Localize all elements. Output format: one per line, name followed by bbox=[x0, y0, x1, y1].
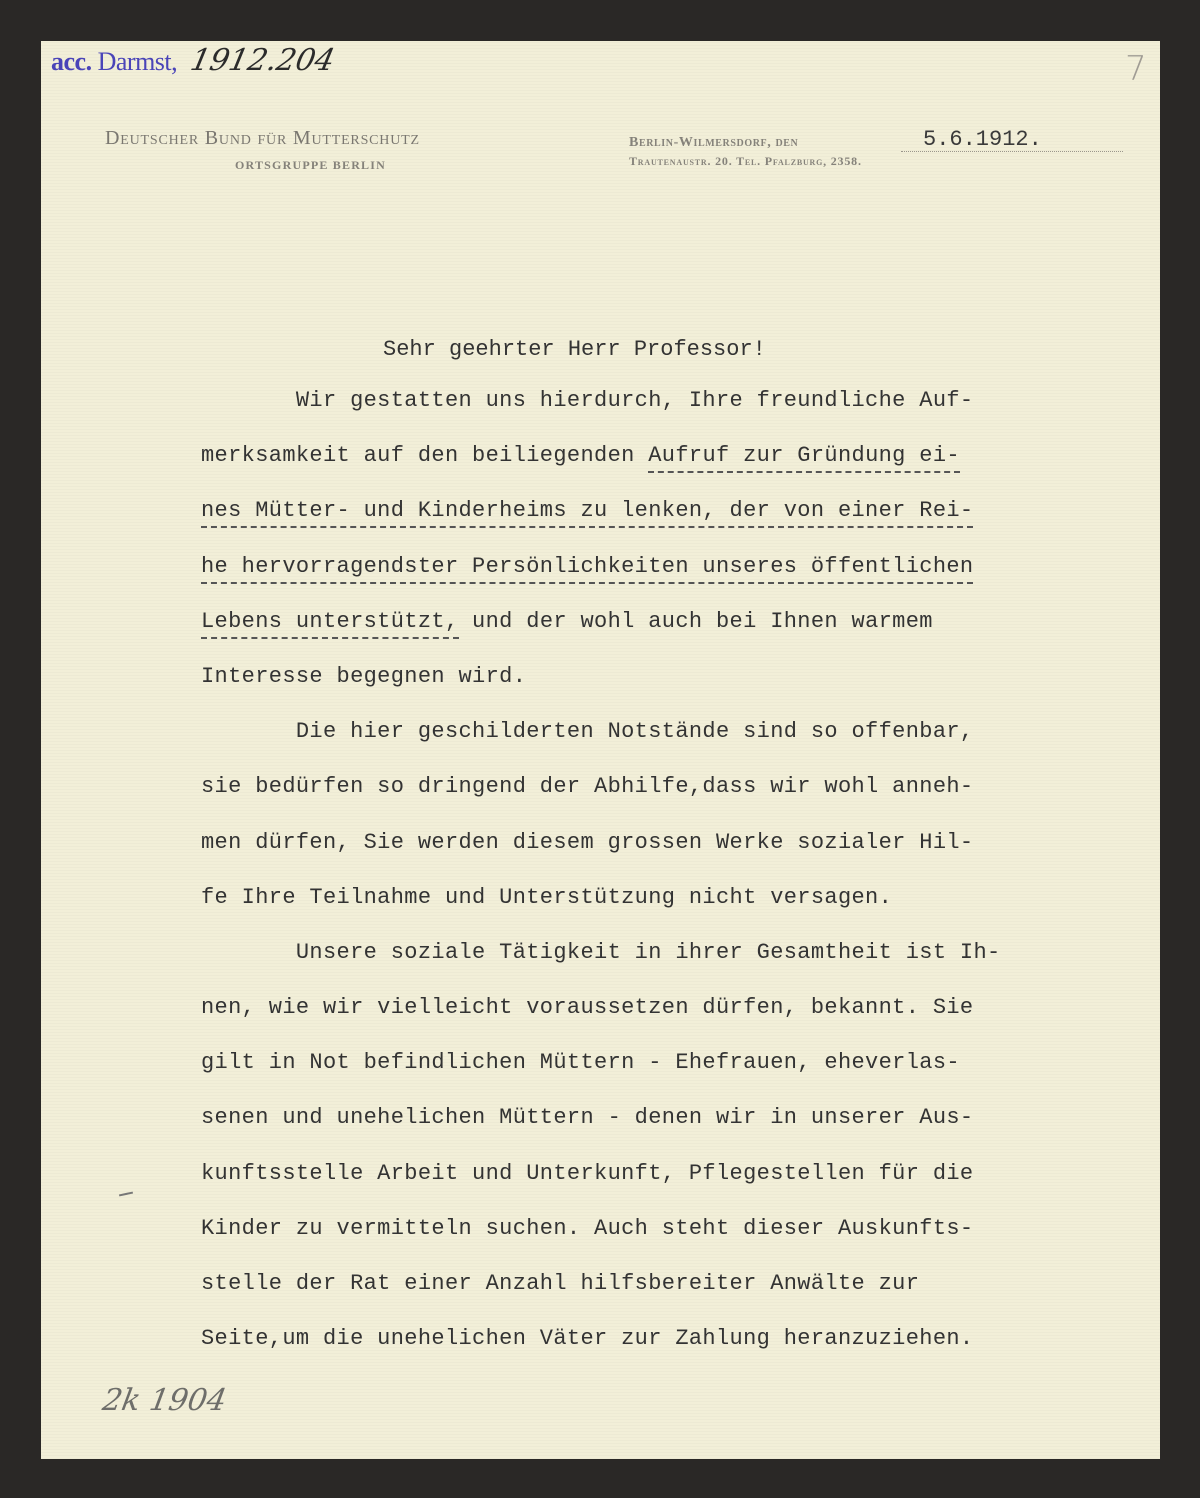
stamp-prefix: acc. bbox=[51, 47, 92, 76]
archive-stamp: acc. Darmst, bbox=[51, 47, 177, 77]
stamp-text: Darmst, bbox=[98, 47, 178, 76]
letterhead-place: Berlin-Wilmersdorf, den bbox=[629, 135, 798, 151]
page-number: 7 bbox=[1125, 49, 1147, 89]
line-text: gilt in Not befindlichen Müttern - Ehefr… bbox=[201, 1050, 960, 1075]
letter-line: he hervorragendster Persönlichkeiten uns… bbox=[201, 549, 1141, 604]
line-text: Kinder zu vermitteln suchen. Auch steht … bbox=[201, 1216, 973, 1241]
line-text: fe Ihre Teilnahme und Unterstützung nich… bbox=[201, 885, 892, 910]
letter-date: 5.6.1912. bbox=[901, 129, 1123, 152]
pencil-mark bbox=[119, 1192, 133, 1197]
line-text: sie bedürfen so dringend der Abhilfe,das… bbox=[201, 774, 973, 799]
line-text: stelle der Rat einer Anzahl hilfsbereite… bbox=[201, 1271, 919, 1296]
line-text: und der wohl auch bei Ihnen warmem bbox=[459, 609, 933, 634]
letterhead-organization: Deutscher Bund für Mutterschutz bbox=[105, 127, 420, 150]
line-text: merksamkeit auf den beiliegenden bbox=[201, 443, 648, 468]
line-text: men dürfen, Sie werden diesem grossen We… bbox=[201, 830, 973, 855]
letter-line: kunftsstelle Arbeit und Unterkunft, Pfle… bbox=[201, 1156, 1141, 1211]
letterhead-address: Trautenaustr. 20. Tel. Pfalzburg, 2358. bbox=[629, 154, 862, 169]
letter-body: Wir gestatten uns hierdurch, Ihre freund… bbox=[201, 383, 1141, 1376]
letter-line: Kinder zu vermitteln suchen. Auch steht … bbox=[201, 1211, 1141, 1266]
letter-line: men dürfen, Sie werden diesem grossen We… bbox=[201, 825, 1141, 880]
letter-page: acc. Darmst, 1912.204 7 Deutscher Bund f… bbox=[41, 41, 1160, 1459]
line-text: Seite,um die unehelichen Väter zur Zahlu… bbox=[201, 1326, 973, 1351]
letter-line: nen, wie wir vielleicht voraussetzen dür… bbox=[201, 990, 1141, 1045]
letter-line: merksamkeit auf den beiliegenden Aufruf … bbox=[201, 438, 1141, 493]
letter-line: Die hier geschilderten Notstände sind so… bbox=[201, 714, 1141, 769]
underlined-text: he hervorragendster Persönlichkeiten uns… bbox=[201, 554, 973, 584]
letter-line: sie bedürfen so dringend der Abhilfe,das… bbox=[201, 769, 1141, 824]
handwritten-bottom-note: 2k 1904 bbox=[100, 1383, 229, 1418]
line-text: senen und unehelichen Müttern - denen wi… bbox=[201, 1105, 973, 1130]
salutation: Sehr geehrter Herr Professor! bbox=[383, 337, 766, 362]
letter-line: Interesse begegnen wird. bbox=[201, 659, 1141, 714]
letter-line: senen und unehelichen Müttern - denen wi… bbox=[201, 1100, 1141, 1155]
underlined-text: Lebens unterstützt, bbox=[201, 609, 459, 639]
underlined-text: Aufruf zur Gründung ei- bbox=[648, 443, 960, 473]
letter-line: stelle der Rat einer Anzahl hilfsbereite… bbox=[201, 1266, 1141, 1321]
line-text: Unsere soziale Tätigkeit in ihrer Gesamt… bbox=[201, 940, 1001, 965]
letter-line: gilt in Not befindlichen Müttern - Ehefr… bbox=[201, 1045, 1141, 1100]
underlined-text: nes Mütter- und Kinderheims zu lenken, d… bbox=[201, 498, 973, 528]
letter-line: Seite,um die unehelichen Väter zur Zahlu… bbox=[201, 1321, 1141, 1376]
letter-line: Unsere soziale Tätigkeit in ihrer Gesamt… bbox=[201, 935, 1141, 990]
letter-line: fe Ihre Teilnahme und Unterstützung nich… bbox=[201, 880, 1141, 935]
handwritten-reference: 1912.204 bbox=[187, 43, 338, 78]
letterhead-subgroup: ORTSGRUPPE BERLIN bbox=[235, 158, 386, 173]
line-text: Wir gestatten uns hierdurch, Ihre freund… bbox=[201, 388, 973, 413]
letter-line: Wir gestatten uns hierdurch, Ihre freund… bbox=[201, 383, 1141, 438]
line-text: Die hier geschilderten Notstände sind so… bbox=[201, 719, 973, 744]
line-text: nen, wie wir vielleicht voraussetzen dür… bbox=[201, 995, 973, 1020]
letter-line: nes Mütter- und Kinderheims zu lenken, d… bbox=[201, 493, 1141, 548]
line-text: kunftsstelle Arbeit und Unterkunft, Pfle… bbox=[201, 1161, 973, 1186]
line-text: Interesse begegnen wird. bbox=[201, 664, 526, 689]
letter-line: Lebens unterstützt, und der wohl auch be… bbox=[201, 604, 1141, 659]
